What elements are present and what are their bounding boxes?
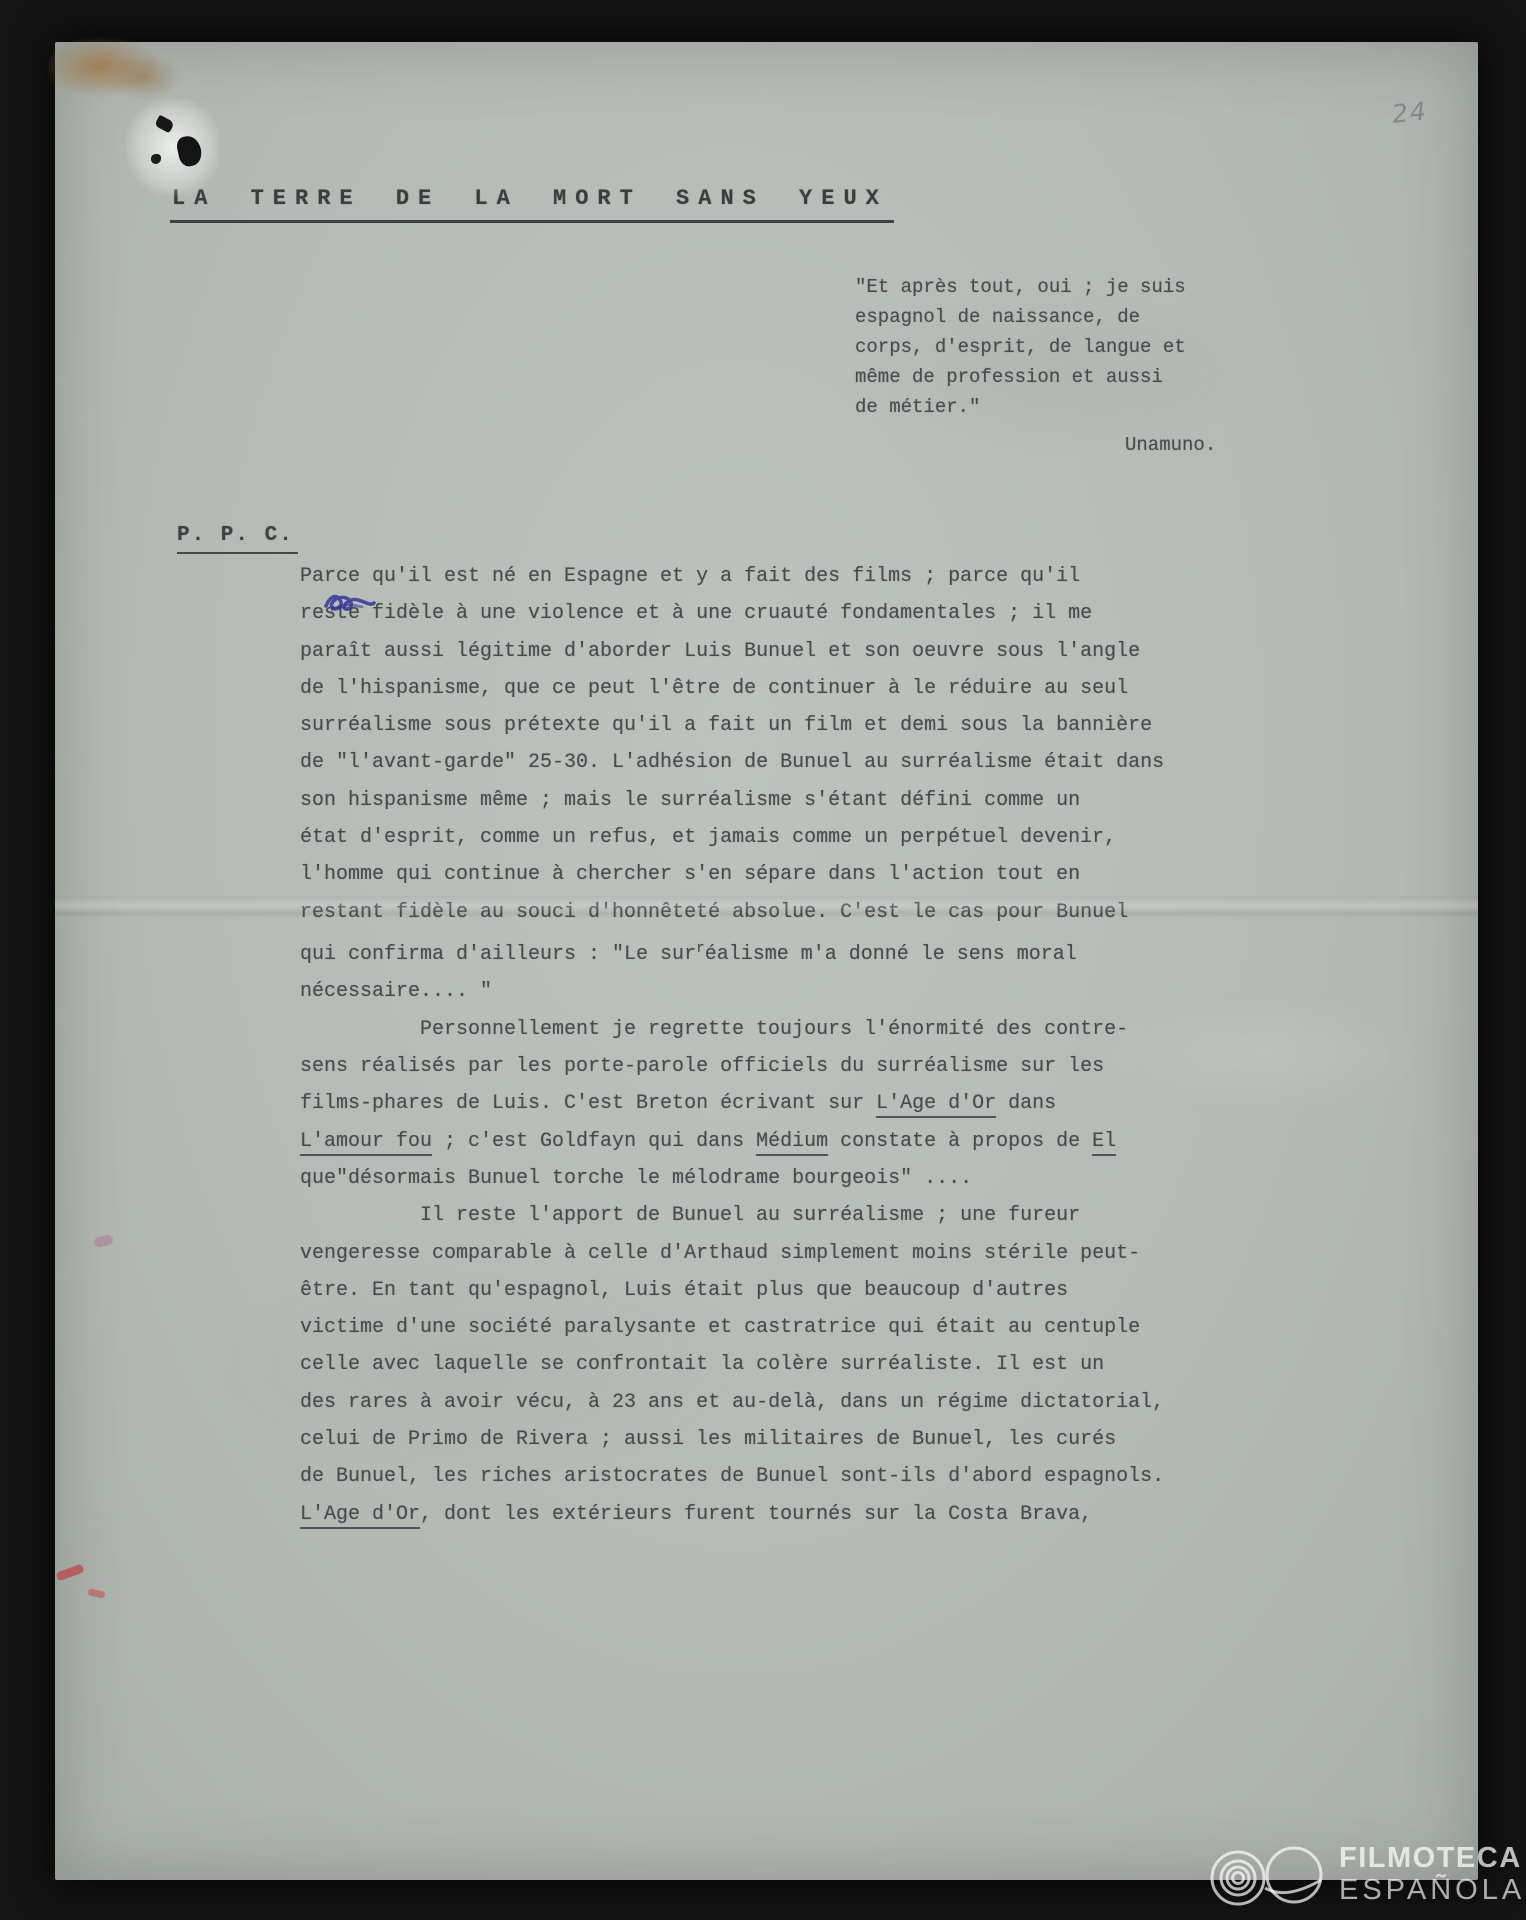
- body-line: sens réalisés par les porte-parole offic…: [300, 1048, 1210, 1085]
- body-line: l'homme qui continue à chercher s'en sép…: [300, 856, 1210, 893]
- body-line: films-phares de Luis. C'est Breton écriv…: [300, 1085, 1210, 1122]
- body-line: Parce qu'il est né en Espagne et y a fai…: [300, 558, 1210, 595]
- document-title: LA TERRE DE LA MORT SANS YEUX: [170, 186, 894, 223]
- epigraph-attribution: Unamuno.: [1125, 434, 1216, 456]
- body-line: être. En tant qu'espagnol, Luis était pl…: [300, 1272, 1210, 1309]
- body-line: de Bunuel, les riches aristocrates de Bu…: [300, 1458, 1210, 1495]
- body-line: L'Age d'Or, dont les extérieurs furent t…: [300, 1496, 1210, 1533]
- body-line: celle avec laquelle se confrontait la co…: [300, 1346, 1210, 1383]
- body-line: des rares à avoir vécu, à 23 ans et au-d…: [300, 1384, 1210, 1421]
- body-line: état d'esprit, comme un refus, et jamais…: [300, 819, 1210, 856]
- body-line: surréalisme sous prétexte qu'il a fait u…: [300, 707, 1210, 744]
- body-line: de l'hispanisme, que ce peut l'être de c…: [300, 670, 1210, 707]
- body-line: restant fidèle au souci d'honnêteté abso…: [300, 894, 1210, 931]
- body-text: Parce qu'il est né en Espagne et y a fai…: [300, 558, 1210, 1533]
- body-line: vengeresse comparable à celle d'Arthaud …: [300, 1235, 1210, 1272]
- epigraph-line: corps, d'esprit, de langue et: [855, 332, 1186, 362]
- body-line: que"désormais Bunuel torche le mélodrame…: [300, 1160, 1210, 1197]
- body-line: son hispanisme même ; mais le surréalism…: [300, 782, 1210, 819]
- paper-sheet: LA TERRE DE LA MORT SANS YEUX "Et après …: [55, 42, 1478, 1880]
- body-line: Personnellement je regrette toujours l'é…: [300, 1011, 1210, 1048]
- scanned-document-page: { "page": { "title": "LA TERRE DE LA MOR…: [0, 0, 1526, 1920]
- epigraph-line: de métier.": [855, 392, 1186, 422]
- section-heading: P. P. C.: [177, 524, 298, 554]
- body-line: de "l'avant-garde" 25-30. L'adhésion de …: [300, 744, 1210, 781]
- epigraph-line: même de profession et aussi: [855, 362, 1186, 392]
- body-line: victime d'une société paralysante et cas…: [300, 1309, 1210, 1346]
- epigraph-line: "Et après tout, oui ; je suis: [855, 272, 1186, 302]
- epigraph-line: espagnol de naissance, de: [855, 302, 1186, 332]
- epigraph-quote: "Et après tout, oui ; je suisespagnol de…: [855, 272, 1186, 422]
- body-line: paraît aussi légitime d'aborder Luis Bun…: [300, 633, 1210, 670]
- body-line: Il reste l'apport de Bunuel au surréalis…: [300, 1197, 1210, 1234]
- body-line: nécessaire.... ": [300, 973, 1210, 1010]
- body-line: L'amour fou ; c'est Goldfayn qui dans Mé…: [300, 1123, 1210, 1160]
- body-line: reste fidèle à une violence et à une cru…: [300, 595, 1210, 632]
- body-line: celui de Primo de Rivera ; aussi les mil…: [300, 1421, 1210, 1458]
- pencil-annotation: 24: [1391, 96, 1430, 129]
- body-line: qui confirma d'ailleurs : "Le surréalism…: [300, 931, 1210, 973]
